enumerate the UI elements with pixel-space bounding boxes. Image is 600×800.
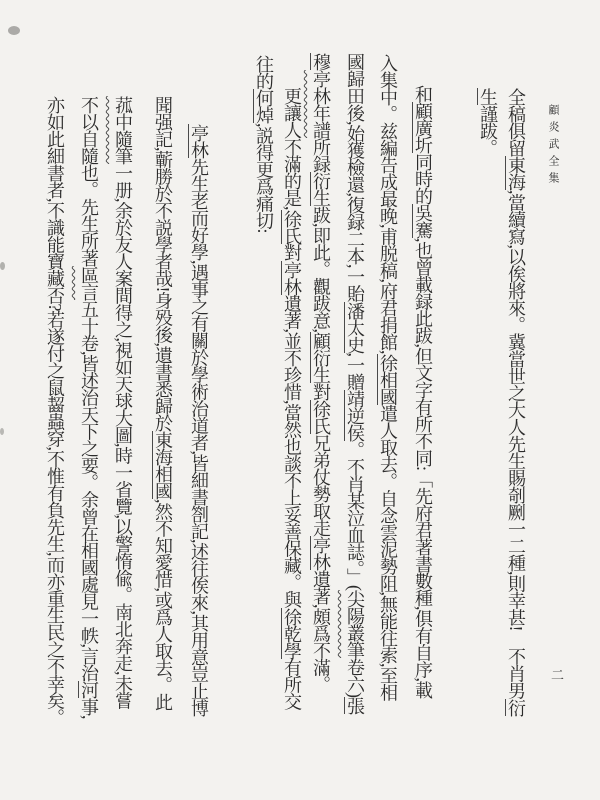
text-run: 五十卷,皆述治天下之要。余曾在相國處見一帙,言治 <box>79 300 99 681</box>
book-title-mark: 區言 <box>79 266 99 300</box>
proper-name-mark: 河 <box>78 681 99 698</box>
text-run: 謹跋。 <box>478 105 498 156</box>
scan-artifact <box>0 428 4 435</box>
text-run: ,一贈 <box>345 353 365 391</box>
proper-name-mark: 張 <box>344 697 365 714</box>
text-run: 一册,余於友人案間得之,視如天球大圖,時一省覽,以警惰偸。南北奔走,未嘗 <box>113 164 133 709</box>
text-run: ,説得更爲痛切: <box>254 123 274 233</box>
book-title-mark: 亭林年譜 <box>311 70 331 138</box>
text-run: 兄弟仗勢取走 <box>311 434 331 536</box>
text-run: 國歸田後,始獲檢還,復録二本,一貽 <box>345 53 365 302</box>
text-column: 入集中。兹編告成最晚,甫脱稿,府君捐館,徐相國遣人取去。自念雲泥勢阻,無能往索,… <box>376 54 400 701</box>
text-column: 穆亭林年譜所録衍生跋,即此。觀跋意,顧衍生對徐氏兄弟仗勢取走亭林遺著,頗爲不滿。 <box>309 53 333 693</box>
text-run: 同時的 <box>413 153 433 204</box>
text-column: 不以自隨也。先生所著區言五十卷,皆述治天下之要。余曾在相國處見一帙,言治河事, <box>77 96 101 719</box>
text-column: 國歸田後,始獲檢還,復録二本,一貽潘太史,一贈靖逆侯。不肖某泣血誌。」(尖陽叢筆… <box>343 53 367 714</box>
text-run: 有所交 <box>282 659 302 710</box>
text-column: 亦如此細書者,不識能寶藏否?若遂付之鼠齧蟲穿,不惟有負先生,而亦重生民之不幸矣。 <box>43 96 67 726</box>
margin-title: 顧炎武全集 <box>545 104 561 189</box>
proper-name-mark: 亭林 <box>281 261 302 295</box>
text-run: ,當續寫,以俟將來。冀當世之大人先生賜剞劂一二種,則幸甚! 不肖男 <box>506 190 526 699</box>
text-run: 入集中。兹編告成最晚,甫脱稿,府君捐館, <box>378 54 398 354</box>
text-run: 遺著,並不珍惜,當然也談不上妥善保藏。與 <box>282 295 302 608</box>
proper-name-mark: 潘太史 <box>344 302 365 353</box>
text-column: 生謹跋。 <box>476 88 500 156</box>
text-run: 對 <box>311 383 331 400</box>
text-run: 對 <box>282 244 302 261</box>
proper-name-mark: 吳騫 <box>412 204 433 238</box>
text-run: 和 <box>413 85 433 102</box>
text-run: 遣人取去。自念雲泥勢阻,無能往索,至相 <box>378 405 398 701</box>
proper-name-mark: 衍生 <box>310 172 331 206</box>
proper-name-mark: 東海 <box>505 156 526 190</box>
proper-name-mark: 生 <box>477 88 498 105</box>
text-run: 先生老而好學,遇事之有關於學術治道者,皆細書劄記,述往俟來,其用意豈止博 <box>189 158 209 716</box>
proper-name-mark: 顧廣圻 <box>412 102 433 153</box>
scan-artifact <box>8 26 20 35</box>
text-column: 菰中隨筆一册,余於友人案間得之,視如天球大圖,時一省覽,以警惰偸。南北奔走,未嘗 <box>111 96 135 709</box>
document-page: 顧炎武全集 二 全稿俱留東海,當續寫,以俟將來。冀當世之大人先生賜剞劂一二種,則… <box>0 0 600 800</box>
text-column: 亭林先生老而好學,遇事之有關於學術治道者,皆細書劄記,述往俟來,其用意豈止博 <box>187 124 211 716</box>
text-run: 所録 <box>311 138 331 172</box>
page-number: 二 <box>547 668 566 681</box>
proper-name-mark: 亭林 <box>188 124 209 158</box>
text-column: 和顧廣圻同時的吳騫,也曾載録此跋,但文字有所不同:「先府君著書數種,俱有自序,載 <box>411 85 435 698</box>
text-run: 事, <box>79 698 99 719</box>
proper-name-mark: 顧衍生 <box>310 332 331 383</box>
proper-name-mark: 亭林 <box>310 536 331 570</box>
text-column: 全稿俱留東海,當續寫,以俟將來。冀當世之大人先生賜剞劂一二種,則幸甚! 不肖男衍 <box>504 88 528 716</box>
text-run: 更讓人不滿的是, <box>282 87 302 210</box>
text-run: 跋,即此。觀跋意, <box>311 206 331 332</box>
proper-name-mark: 穆 <box>310 53 331 70</box>
proper-name-mark: 徐氏 <box>281 210 302 244</box>
text-column: 往的何焯,説得更爲痛切: <box>252 55 276 233</box>
text-run: 全稿俱留 <box>506 88 526 156</box>
text-run: 不以自隨也。先生所著 <box>79 96 99 266</box>
proper-name-mark: 徐氏 <box>310 400 331 434</box>
text-run: ,然不知愛惜,或爲人取去。此 <box>153 499 173 710</box>
book-title-mark: 尖陽叢筆 <box>345 590 365 658</box>
proper-name-mark: 何焯 <box>253 89 274 123</box>
text-run: 卷六) <box>345 658 365 697</box>
proper-name-mark: 衍 <box>505 699 526 716</box>
text-run: 亦如此細書者,不識能寶藏否?若遂付之鼠齧蟲穿,不惟有負先生,而亦重生民之不幸矣。 <box>45 96 65 726</box>
text-run: 往的 <box>254 55 274 89</box>
book-title-mark: 菰中隨筆 <box>113 96 133 164</box>
text-column: 更讓人不滿的是,徐氏對亭林遺著,並不珍惜,當然也談不上妥善保藏。與徐乾學有所交 <box>280 87 304 710</box>
proper-name-mark: 東海相國 <box>152 431 173 499</box>
text-run: 遺著,頗爲不滿。 <box>311 570 331 693</box>
text-run: 。不肖某泣血誌。」( <box>345 441 365 590</box>
scan-artifact <box>0 262 5 270</box>
proper-name-mark: 靖逆侯 <box>344 390 365 441</box>
text-run: 聞强記,蘄勝於不説學者哉!身殁後,遺書悉歸於 <box>153 96 173 431</box>
proper-name-mark: 徐乾學 <box>281 608 302 659</box>
proper-name-mark: 徐相國 <box>377 354 398 405</box>
text-run: ,也曾載録此跋,但文字有所不同:「先府君著書數種,俱有自序,載 <box>413 238 433 698</box>
text-column: 聞强記,蘄勝於不説學者哉!身殁後,遺書悉歸於東海相國,然不知愛惜,或爲人取去。此 <box>151 96 175 710</box>
